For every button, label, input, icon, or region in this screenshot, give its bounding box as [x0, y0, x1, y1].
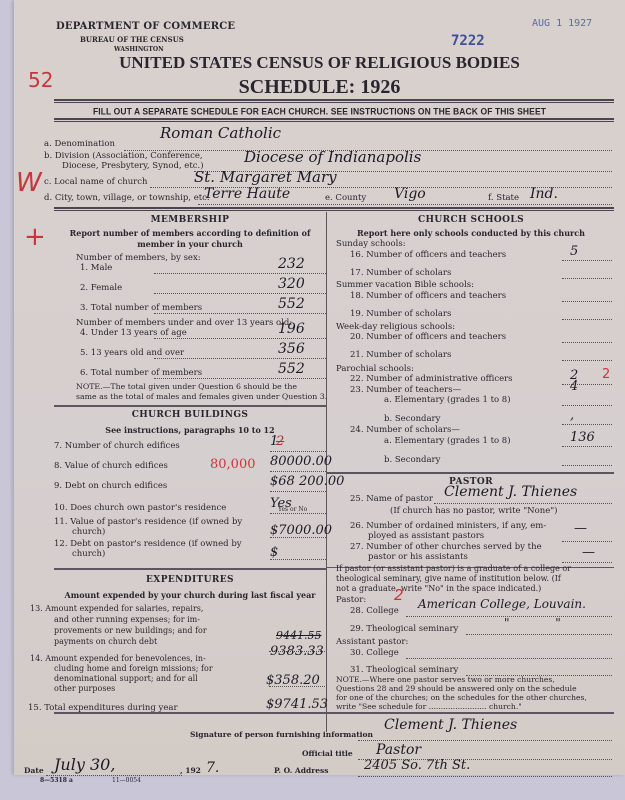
q28-value[interactable]: American College, Louvain. — [418, 597, 586, 611]
header-rule — [54, 99, 614, 103]
pastor-sub-label: Pastor: — [336, 595, 366, 605]
building-item-label: 12. Debt on pastor's residence (if owned… — [54, 539, 242, 549]
date-line — [46, 775, 182, 776]
schools-rule — [326, 472, 614, 474]
school-item-value[interactable]: 5 — [570, 244, 578, 259]
membership-item-line — [154, 273, 326, 274]
exp13-struck-value: 9441.55 — [276, 629, 322, 642]
membership-item-value[interactable]: 320 — [278, 276, 305, 292]
school-item-value[interactable]: , — [570, 408, 574, 423]
exp15-value[interactable]: $9741.53 — [266, 697, 328, 712]
official-title-label: Official title — [302, 749, 353, 758]
pastor-note-line: for one of the churches; on the schedule… — [336, 693, 587, 702]
expenditures-sub: Amount expended by your church during la… — [54, 590, 326, 600]
building-item-label: 8. Value of church edifices — [54, 461, 168, 471]
division-label-2: Diocese, Presbytery, Synod, etc.) — [62, 161, 204, 171]
city-line — [198, 204, 612, 205]
school-item-value[interactable]: 4 — [570, 379, 578, 394]
school-item-label: 21. Number of scholars — [350, 350, 451, 360]
school-item-line — [562, 342, 612, 343]
buildings-sub: See instructions, paragraphs 10 to 12 — [54, 425, 326, 435]
building-item-line — [270, 491, 326, 492]
building-item-line — [270, 471, 326, 472]
exp13-label-line: payments on church debt — [54, 637, 157, 646]
membership-item-label: 1. Male — [80, 263, 112, 273]
exp14-label-line: 14. Amount expended for benevolences, in… — [30, 654, 206, 663]
school-item-line — [562, 278, 612, 279]
exp14-value[interactable]: $358.20 — [266, 673, 320, 688]
pastor-name-value[interactable]: Clement J. Thienes — [444, 484, 577, 500]
date-label: Date — [24, 766, 44, 775]
exp13-value[interactable]: 9383.33 — [270, 644, 324, 659]
signature-label: Signature of person furnishing informati… — [190, 730, 373, 739]
school-item-label: 18. Number of officers and teachers — [350, 291, 506, 301]
graduate-instruction-1: If pastor (or assistant pastor) is a gra… — [336, 564, 571, 573]
q27-label-2: pastor or his assistants — [368, 552, 468, 562]
state-value[interactable]: Ind. — [530, 186, 558, 202]
school-item-line — [562, 260, 612, 261]
exp13-label-line: and other running expenses; for im- — [54, 615, 200, 624]
membership-intro-2: member in your church — [54, 239, 326, 249]
address-value[interactable]: 2405 So. 7th St. — [364, 758, 470, 773]
exp14-label-line: other purposes — [54, 684, 115, 693]
pastor-note-line: write "See schedule for ................… — [336, 702, 522, 711]
membership-item-value[interactable]: 232 — [278, 256, 305, 272]
membership-item-line — [154, 378, 326, 379]
building-item-label-2: church) — [72, 527, 105, 537]
bureau-heading: BUREAU OF THE CENSUS — [80, 35, 184, 44]
q26-value[interactable]: — — [574, 521, 587, 536]
school-item-label: 19. Number of scholars — [350, 309, 451, 319]
pastor-name-label: 25. Name of pastor — [350, 494, 433, 504]
admin-officers-correction: 2 — [602, 367, 610, 382]
building-item-struck: 2 — [276, 434, 284, 449]
city-heading: WASHINGTON — [114, 46, 164, 53]
building-item-line — [270, 559, 326, 560]
building-item-value[interactable]: $7000.00 — [270, 523, 332, 538]
membership-item-value[interactable]: 552 — [278, 296, 305, 312]
building-item-label: 11. Value of pastor's residence (if owne… — [54, 517, 242, 527]
q26-label-1: 26. Number of ordained ministers, if any… — [350, 521, 546, 531]
school-item-value[interactable]: 136 — [570, 430, 595, 445]
q27-label-1: 27. Number of other churches served by t… — [350, 542, 542, 552]
yes-no-hint: Yes or No — [278, 506, 307, 513]
pastor-name-hint: (If church has no pastor, write "None") — [390, 506, 557, 516]
building-item-label: 10. Does church own pastor's residence — [54, 503, 226, 513]
sunday-schools-label: Sunday schools: — [336, 239, 406, 249]
pastor-mark: 2 — [394, 586, 404, 604]
signature-value[interactable]: Clement J. Thienes — [384, 717, 517, 733]
county-label: e. County — [325, 193, 366, 203]
building-item-value[interactable]: 80000.00 — [270, 454, 332, 469]
division-label: b. Division (Association, Conference, — [44, 151, 203, 161]
exp13-label-line: 13. Amount expended for salaries, repair… — [30, 604, 203, 613]
print-number: 11—0054 — [112, 777, 141, 784]
school-item-line — [562, 446, 612, 447]
weekday-schools-label: Week-day religious schools: — [336, 322, 455, 332]
q29-value[interactable]: " " — [504, 616, 561, 630]
membership-item-label: 4. Under 13 years of age — [80, 328, 187, 338]
form-number: 8—5318 a — [40, 777, 73, 784]
membership-item-label: 6. Total number of members — [80, 368, 202, 378]
membership-heading: MEMBERSHIP — [54, 215, 326, 225]
membership-note-2: same as the total of males and females g… — [76, 392, 327, 401]
q27-line — [562, 562, 612, 563]
school-item-label: 24. Number of scholars— — [350, 425, 460, 435]
signature-line — [358, 740, 612, 741]
schools-sub: Report here only schools conducted by th… — [326, 228, 616, 238]
exp14-label-line: cluding home and foreign missions; for — [54, 664, 213, 673]
date-value[interactable]: July 30, — [54, 755, 115, 774]
membership-item-line — [154, 293, 326, 294]
schools-heading: CHURCH SCHOOLS — [326, 215, 616, 225]
membership-item-value[interactable]: 196 — [278, 321, 305, 337]
exp14-label-line: denominational support; and for all — [54, 674, 198, 683]
school-item-label: b. Secondary — [384, 414, 440, 424]
schedule-number-stamp: 7222 — [451, 33, 485, 49]
building-item-label-2: church) — [72, 549, 105, 559]
assistant-pastor-label: Assistant pastor: — [336, 637, 408, 647]
school-item-line — [562, 319, 612, 320]
q27-value[interactable]: — — [582, 545, 595, 560]
by-age-label: Number of members under and over 13 year… — [76, 318, 292, 328]
official-title-value[interactable]: Pastor — [376, 742, 421, 758]
membership-item-line — [154, 338, 326, 339]
membership-item-line — [154, 313, 326, 314]
margin-cross-mark: + — [24, 222, 46, 252]
identity-rule — [54, 207, 614, 211]
instruction-banner: FILL OUT A SEPARATE SCHEDULE FOR EACH CH… — [14, 106, 625, 117]
building-item-line — [270, 513, 326, 514]
membership-item-value[interactable]: 356 — [278, 341, 305, 357]
membership-item-label: 3. Total number of members — [80, 303, 202, 313]
school-item-line — [562, 424, 612, 425]
exp13-label-line: provements or new buildings; and for — [54, 626, 207, 635]
buildings-heading: CHURCH BUILDINGS — [54, 410, 326, 420]
parochial-schools-label: Parochial schools: — [336, 364, 414, 374]
year-digit[interactable]: 7. — [206, 760, 219, 776]
pastor-name-line — [434, 503, 612, 504]
q28-label: 28. College — [350, 606, 399, 616]
q29-label: 29. Theological seminary — [350, 624, 458, 634]
school-item-line — [562, 465, 612, 466]
city-value[interactable]: Terre Haute — [204, 186, 290, 202]
q26-label-2: ployed as assistant pastors — [368, 531, 484, 541]
church-name-label: c. Local name of church — [44, 177, 147, 187]
graduate-instruction-2: theological seminary, give name of insti… — [336, 574, 561, 583]
q31-label: 31. Theological seminary — [350, 665, 458, 675]
school-item-label: a. Elementary (grades 1 to 8) — [384, 436, 511, 446]
school-item-line — [562, 301, 612, 302]
pastor-bottom-rule — [326, 712, 614, 714]
membership-intro-1: Report number of members according to de… — [54, 228, 326, 238]
by-sex-label: Number of members, by sex: — [76, 253, 201, 263]
address-line — [358, 776, 612, 777]
received-date-stamp: AUG 1 1927 — [532, 18, 592, 29]
school-item-label: b. Secondary — [384, 455, 440, 465]
school-item-label: 22. Number of administrative officers — [350, 374, 513, 384]
school-item-label: 20. Number of officers and teachers — [350, 332, 506, 342]
church-name-value[interactable]: St. Margaret Mary — [194, 168, 337, 186]
school-item-label: 16. Number of officers and teachers — [350, 250, 506, 260]
pastor-note-line: NOTE.—Where one pastor serves two or mor… — [336, 675, 555, 684]
school-item-label: 17. Number of scholars — [350, 268, 451, 278]
form-subtitle: SCHEDULE: 1926 — [14, 76, 625, 99]
membership-item-label: 5. 13 years old and over — [80, 348, 184, 358]
membership-item-line — [154, 358, 326, 359]
summer-schools-label: Summer vacation Bible schools: — [336, 280, 474, 290]
building-item-label: 9. Debt on church edifices — [54, 481, 167, 491]
membership-rule — [54, 405, 326, 407]
membership-item-label: 2. Female — [80, 283, 122, 293]
q30-line — [406, 658, 612, 659]
building-item-line — [270, 451, 326, 452]
county-value[interactable]: Vigo — [394, 186, 426, 202]
q26-line — [562, 541, 612, 542]
department-heading: DEPARTMENT OF COMMERCE — [56, 21, 235, 32]
expenditures-bottom-rule — [54, 712, 326, 714]
edifice-value-correction: 80,000 — [210, 457, 256, 472]
margin-number-mark: 52 — [28, 68, 53, 92]
margin-letter-mark: W — [16, 168, 42, 198]
city-label: d. City, town, village, or township, etc… — [44, 193, 210, 203]
building-item-value[interactable]: $ — [270, 545, 278, 560]
buildings-rule — [54, 568, 326, 570]
school-item-line — [562, 405, 612, 406]
state-label: f. State — [488, 193, 519, 203]
membership-item-value[interactable]: 552 — [278, 361, 305, 377]
instruction-rule — [54, 118, 614, 122]
q29-line — [466, 634, 612, 635]
school-item-line — [562, 360, 612, 361]
form-title: UNITED STATES CENSUS OF RELIGIOUS BODIES — [14, 53, 625, 73]
graduate-instruction-3: not a graduate, write "No" in the space … — [336, 584, 541, 593]
membership-note-1: NOTE.—The total given under Question 6 s… — [76, 382, 297, 391]
q30-label: 30. College — [350, 648, 399, 658]
building-item-label: 7. Number of church edifices — [54, 441, 180, 451]
year-prefix: , 192 — [180, 766, 201, 775]
school-item-label: 23. Number of teachers— — [350, 385, 461, 395]
census-form-sheet: DEPARTMENT OF COMMERCE BUREAU OF THE CEN… — [14, 0, 625, 775]
expenditures-heading: EXPENDITURES — [54, 575, 326, 585]
address-label: P. O. Address — [274, 766, 328, 775]
denomination-value[interactable]: Roman Catholic — [160, 124, 281, 142]
denomination-label: a. Denomination — [44, 139, 115, 149]
pastor-note-line: Questions 28 and 29 should be answered o… — [336, 684, 577, 693]
division-value[interactable]: Diocese of Indianapolis — [244, 148, 421, 166]
school-item-label: a. Elementary (grades 1 to 8) — [384, 395, 511, 405]
